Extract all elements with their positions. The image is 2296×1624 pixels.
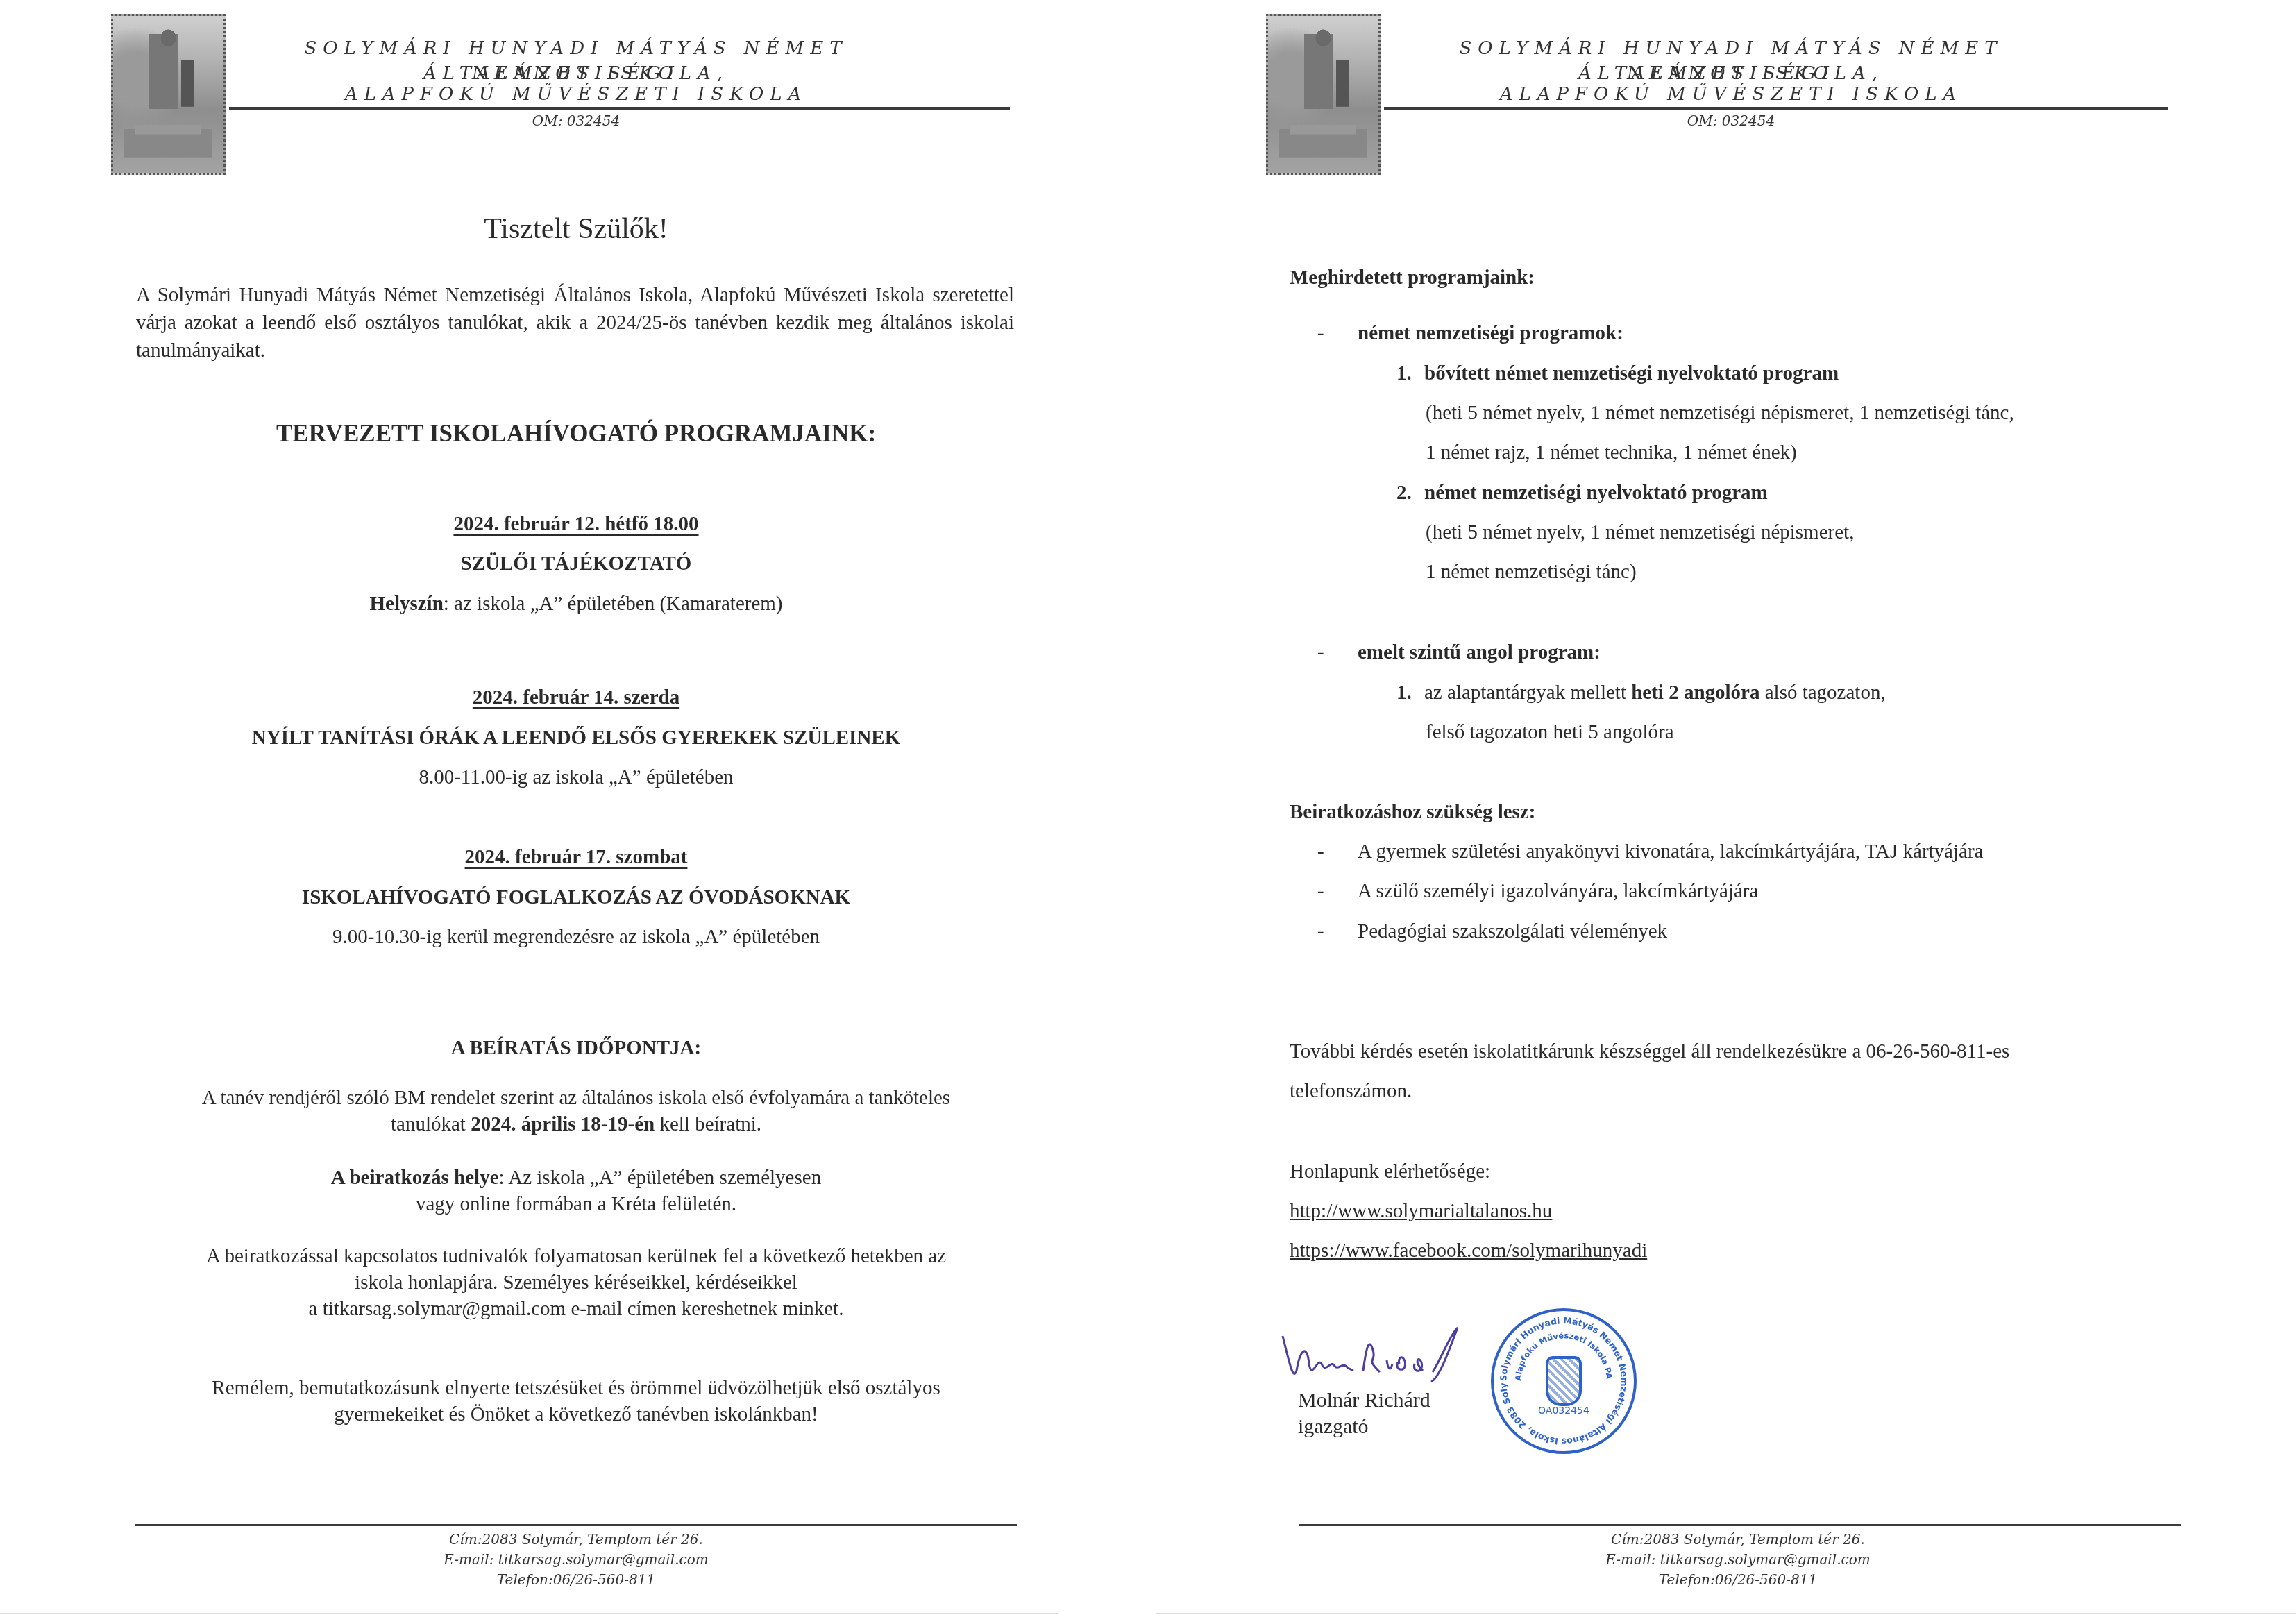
enrollment-text-line-2: tanulókat 2024. április 18-19-én kell be…: [139, 1110, 1013, 1138]
handwritten-signature: [1276, 1322, 1484, 1388]
german-item-2-line-2: 1 német nemzetiségi tánc): [1426, 558, 1637, 586]
footer-phone: Telefon:06/26-560-811: [1495, 1570, 1981, 1590]
school-logo-statue-image: [1266, 14, 1381, 175]
event-2-title: NYÍLT TANÍTÁSI ÓRÁK A LEENDŐ ELSŐS GYERE…: [139, 724, 1013, 752]
requirements-heading: Beiratkozáshoz szükség lesz:: [1290, 798, 1535, 826]
english-item-line-2: felső tagozaton heti 5 angolóra: [1426, 718, 1674, 746]
event-3-title: ISKOLAHÍVOGATÓ FOGLALKOZÁS AZ ÓVODÁSOKNA…: [139, 883, 1013, 911]
document-page-2: SOLYMÁRI HUNYADI MÁTYÁS NÉMET NEMZETISÉG…: [1148, 0, 2296, 1624]
closing-line-2: gyermekeiket és Önöket a következő tanév…: [139, 1401, 1013, 1428]
event-2-date: 2024. február 14. szerda: [139, 684, 1013, 711]
official-school-stamp: Solymári Hunyadi Mátyás Német Nemzetiség…: [1491, 1308, 1637, 1454]
german-item-1-line-2: 1 német rajz, 1 német technika, 1 német …: [1426, 439, 1797, 466]
stamp-id: OA032454: [1494, 1405, 1634, 1416]
facebook-page-link[interactable]: https://www.facebook.com/solymarihunyadi: [1290, 1237, 1647, 1264]
info-line-3: a titkarsag.solymar@gmail.com e-mail cím…: [139, 1295, 1013, 1323]
signer-title: igazgató: [1298, 1413, 1369, 1441]
info-line-2: iskola honlapjára. Személyes kéréseikkel…: [139, 1269, 1013, 1296]
english-program-title: emelt szintű angol program:: [1358, 638, 1601, 666]
enrollment-dates: 2024. április 18-19-én: [471, 1113, 655, 1135]
enrollment-heading: A BEÍRATÁS IDŐPONTJA:: [139, 1034, 1013, 1062]
contact-line-2: telefonszámon.: [1290, 1077, 1412, 1105]
event-1-date: 2024. február 12. hétfő 18.00: [139, 510, 1013, 538]
bullet-dash: -: [1317, 877, 1324, 905]
english-item-number: 1.: [1396, 679, 1412, 707]
footer-email: E-mail: titkarsag.solymar@gmail.com: [333, 1550, 819, 1570]
event-1-title: SZÜLŐI TÁJÉKOZTATÓ: [139, 550, 1013, 577]
info-line-1: A beiratkozással kapcsolatos tudnivalók …: [118, 1242, 1034, 1270]
event-3-detail: 9.00-10.30-ig kerül megrendezésre az isk…: [139, 923, 1013, 951]
footer-phone: Telefon:06/26-560-811: [333, 1570, 819, 1590]
letterhead-om-code: OM: 032454: [472, 112, 680, 129]
letterhead-divider: [229, 107, 1010, 110]
document-page-1: SOLYMÁRI HUNYADI MÁTYÁS NÉMET NEMZETISÉG…: [0, 0, 1148, 1624]
letterhead-line-3: ALAPFOKÚ MŰVÉSZETI ISKOLA: [1384, 82, 2078, 107]
german-programs-title: német nemzetiségi programok:: [1358, 319, 1623, 347]
programs-heading: TERVEZETT ISKOLAHÍVOGATÓ PROGRAMJAINK:: [139, 420, 1013, 448]
greeting: Tisztelt Szülők!: [139, 215, 1013, 243]
contact-line-1: További kérdés esetén iskolatitkárunk ké…: [1290, 1038, 2009, 1065]
bullet-dash: -: [1317, 917, 1324, 945]
german-item-2-line-1: (heti 5 német nyelv, 1 német nemzetiségi…: [1426, 518, 1854, 546]
enrollment-place-line-2: vagy online formában a Kréta felületén.: [139, 1190, 1013, 1218]
event-2-detail: 8.00-11.00-ig az iskola „A” épületében: [139, 763, 1013, 791]
event-3-date: 2024. február 17. szombat: [139, 843, 1013, 871]
requirement-item: A szülő személyi igazolványára, lakcímká…: [1358, 877, 1758, 905]
closing-line-1: Remélem, bemutatkozásunk elnyerte tetszé…: [118, 1374, 1034, 1402]
footer-address: Cím:2083 Solymár, Templom tér 26.: [1495, 1530, 1981, 1550]
letterhead-line-3: ALAPFOKÚ MŰVÉSZETI ISKOLA: [229, 82, 923, 107]
footer-divider: [1299, 1524, 2181, 1526]
bullet-dash: -: [1317, 319, 1324, 347]
footer-divider: [135, 1524, 1017, 1526]
german-item-1-title: bővített német nemzetiségi nyelvoktató p…: [1424, 360, 1839, 387]
german-item-2-title: német nemzetiségi nyelvoktató program: [1424, 479, 1768, 507]
programs-heading: Meghirdetett programjaink:: [1290, 264, 1535, 291]
event-1-location: Helyszín: az iskola „A” épületében (Kama…: [139, 590, 1013, 618]
intro-paragraph: A Solymári Hunyadi Mátyás Német Nemzetis…: [136, 281, 1014, 364]
letterhead-om-code: OM: 032454: [1627, 112, 1835, 129]
german-item-1-number: 1.: [1396, 360, 1412, 387]
letterhead-divider: [1384, 107, 2168, 110]
page-edge: [1156, 1613, 2296, 1614]
english-item-line-1: az alaptantárgyak mellett heti 2 angolór…: [1424, 679, 1886, 707]
hungarian-coat-of-arms-icon: [1546, 1356, 1582, 1406]
school-website-link[interactable]: http://www.solymarialtalanos.hu: [1290, 1197, 1552, 1225]
requirement-item: Pedagógiai szakszolgálati vélemények: [1358, 917, 1667, 945]
bullet-dash: -: [1317, 838, 1324, 865]
enrollment-place-line-1: A beiratkozás helye: Az iskola „A” épüle…: [139, 1164, 1013, 1192]
page-edge: [0, 1613, 1058, 1614]
requirement-item: A gyermek születési anyakönyvi kivonatár…: [1358, 838, 1983, 865]
signer-name: Molnár Richárd: [1298, 1387, 1430, 1414]
footer-address: Cím:2083 Solymár, Templom tér 26.: [333, 1530, 819, 1550]
bullet-dash: -: [1317, 638, 1324, 666]
website-label: Honlapunk elérhetősége:: [1290, 1158, 1490, 1185]
german-item-2-number: 2.: [1396, 479, 1412, 507]
footer-email: E-mail: titkarsag.solymar@gmail.com: [1495, 1550, 1981, 1570]
german-item-1-line-1: (heti 5 német nyelv, 1 német nemzetiségi…: [1426, 399, 2014, 427]
enrollment-text-line-1: A tanév rendjéről szóló BM rendelet szer…: [118, 1084, 1034, 1112]
school-logo-statue-image: [111, 14, 226, 175]
